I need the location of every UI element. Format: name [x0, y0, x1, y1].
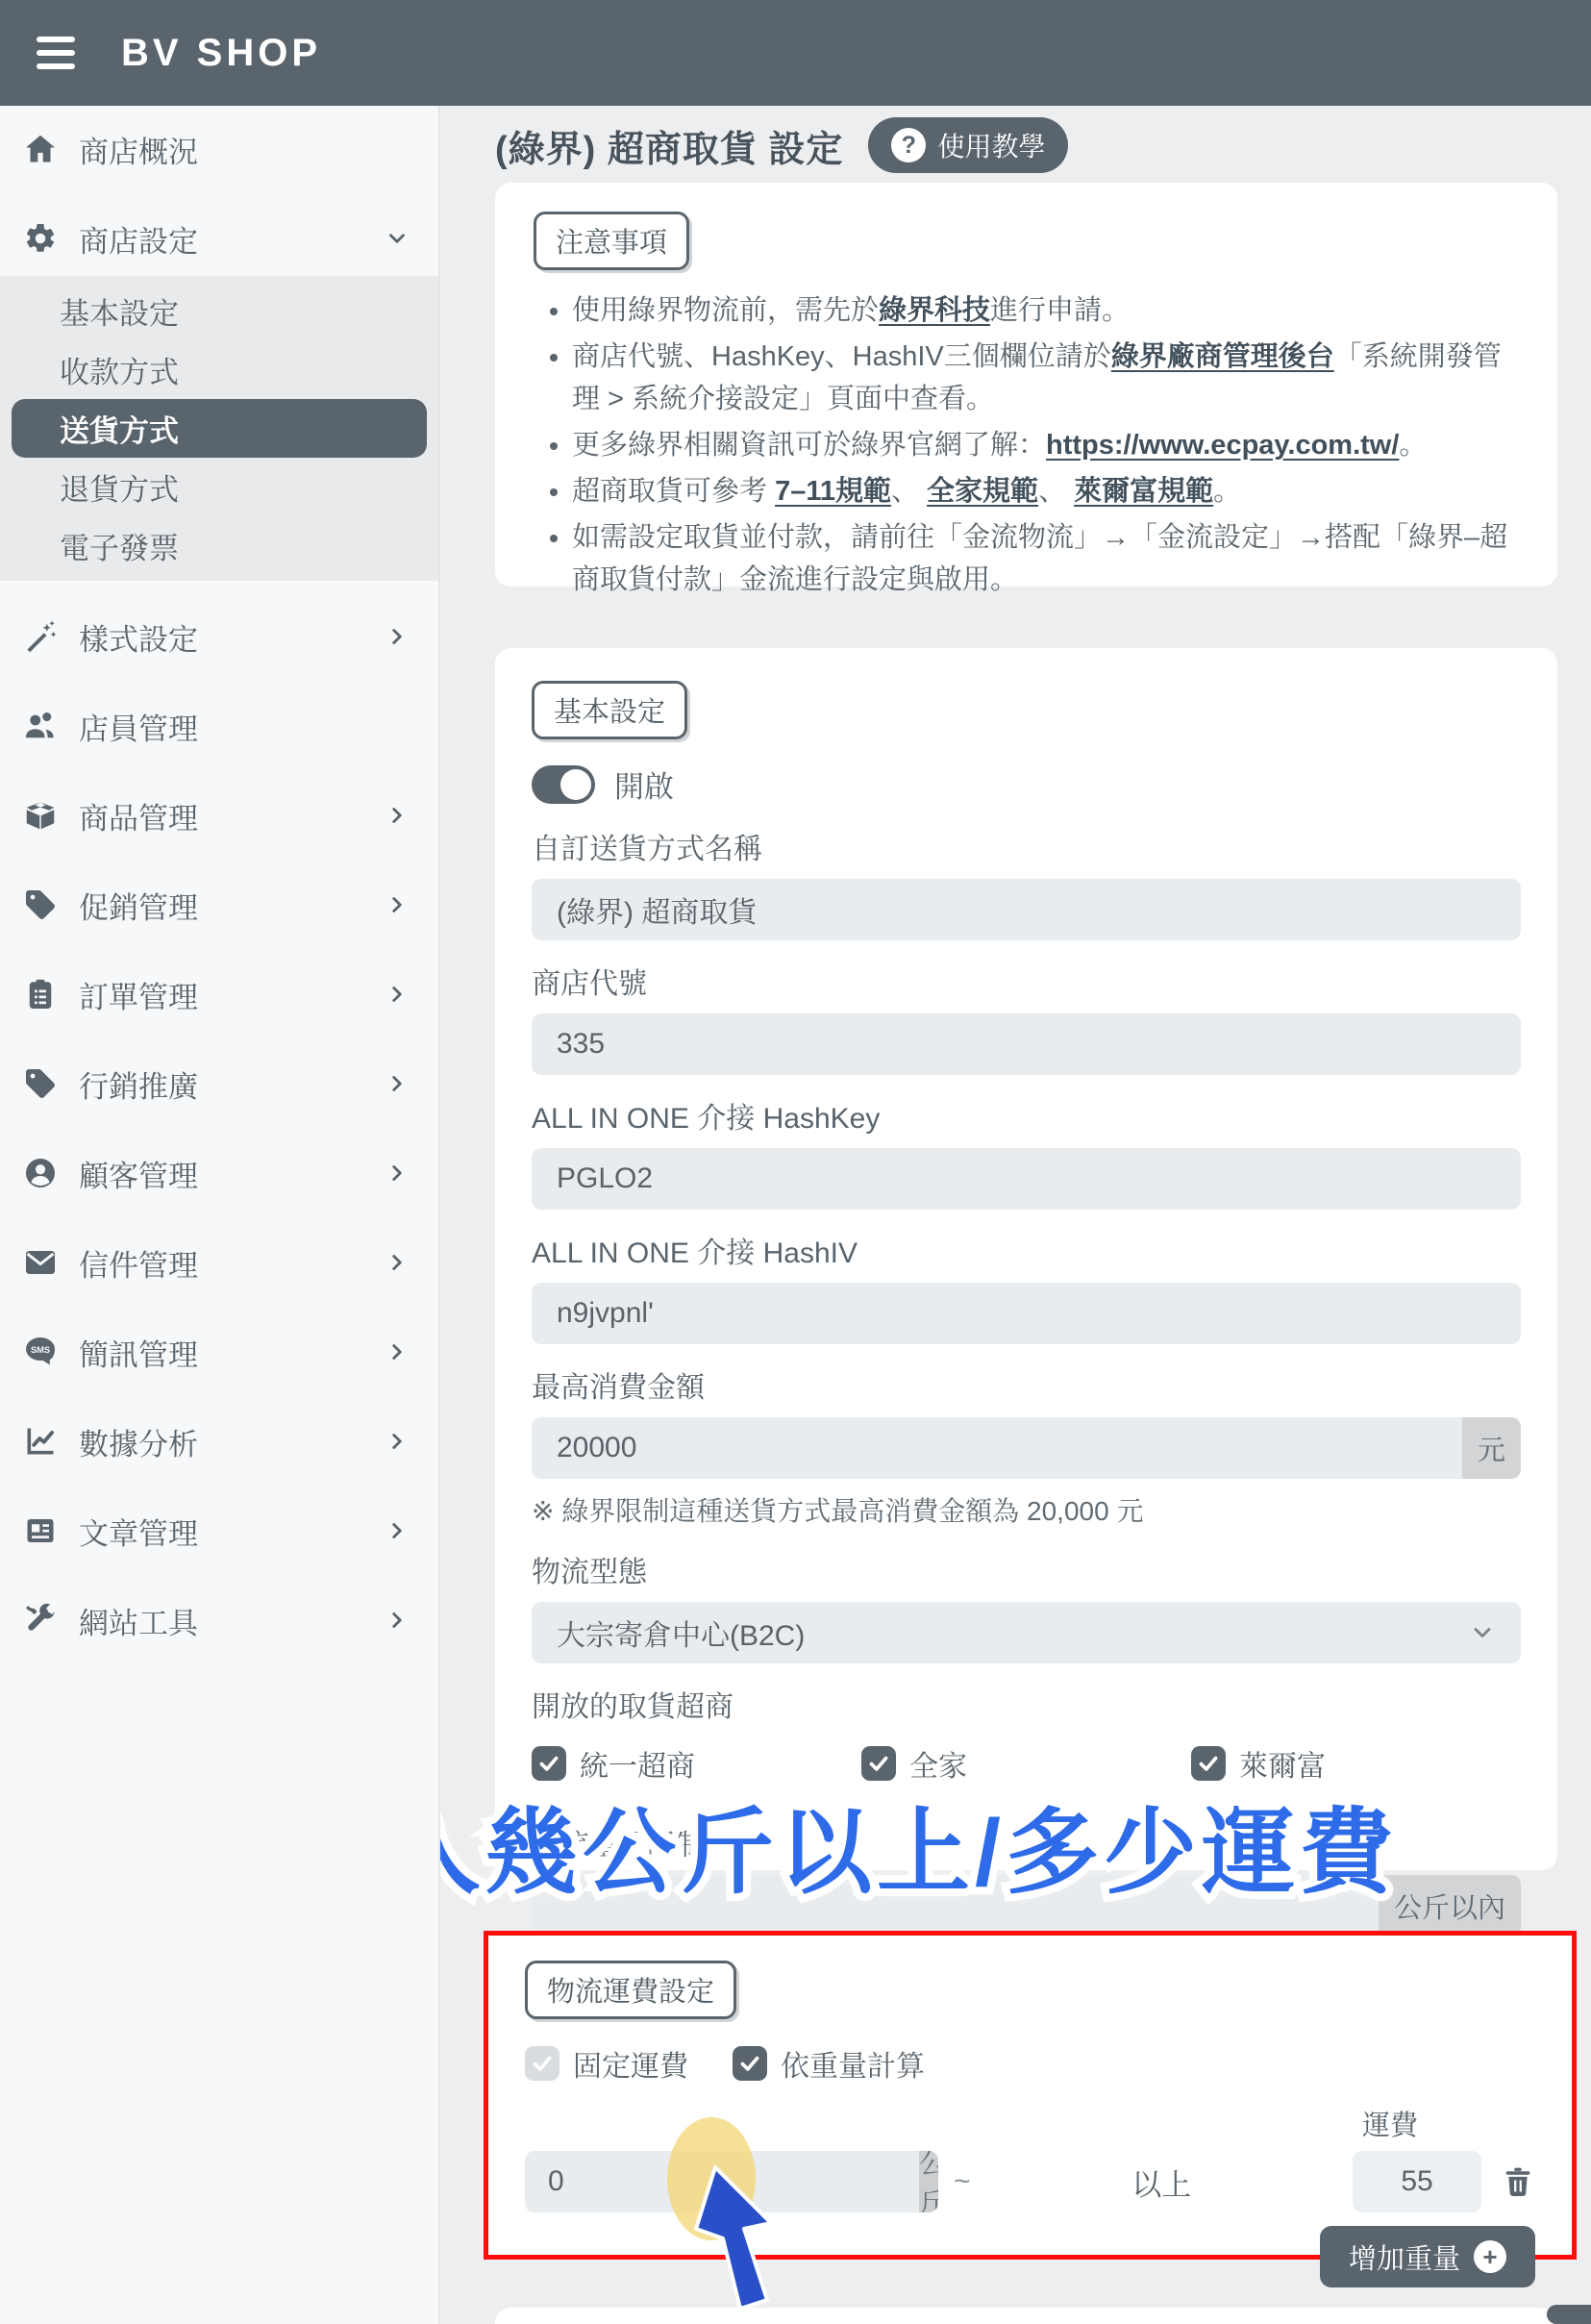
chevron-right-icon — [385, 1161, 410, 1186]
notice-text: 超商取貨可參考 — [572, 476, 775, 507]
checkbox-checked-icon — [532, 1746, 566, 1781]
checkbox-seven-eleven[interactable]: 統一超商 — [532, 1742, 861, 1785]
checkbox-checked-icon — [1191, 1746, 1226, 1781]
svg-text:SMS: SMS — [31, 1345, 50, 1355]
chevron-down-icon — [1469, 1619, 1496, 1646]
fee-column-label: 運費 — [1355, 2104, 1483, 2143]
sidebar-item-promotions[interactable]: 促銷管理 — [0, 871, 438, 938]
sidebar-item-marketing[interactable]: 行銷推廣 — [0, 1050, 438, 1117]
hilife-rules-link[interactable]: 萊爾富規範 — [1074, 476, 1213, 507]
chevron-right-icon — [385, 1339, 410, 1364]
toggle-knob — [560, 769, 591, 800]
checkbox-label: 全家 — [909, 1742, 967, 1785]
seven-eleven-rules-link[interactable]: 7–11規範 — [775, 476, 891, 507]
chart-icon — [23, 1424, 58, 1459]
sidebar-subitem-shipping[interactable]: 送貨方式 — [12, 399, 427, 458]
clipboard-icon — [23, 977, 58, 1012]
chevron-right-icon — [385, 803, 410, 828]
notice-bullet: 更多綠界相關資訊可於綠界官網了解：https://www.ecpay.com.t… — [572, 424, 1519, 466]
notice-bullet: 如需設定取貨並付款，請前往「金流物流」→「金流設定」→搭配「綠界–超商取貨付款」… — [572, 516, 1519, 601]
sidebar-item-site-tools[interactable]: 網站工具 — [0, 1587, 438, 1654]
sidebar-item-articles[interactable]: 文章管理 — [0, 1497, 438, 1564]
checkbox-label: 固定運費 — [573, 2042, 688, 2085]
notice-bullet: 超商取貨可參考 7–11規範、 全家規範、 萊爾富規範。 — [572, 470, 1519, 512]
checkbox-label: 統一超商 — [580, 1742, 695, 1785]
notice-label: 注意事項 — [534, 212, 689, 270]
brand-logo: BV SHOP — [121, 32, 321, 75]
chevron-right-icon — [385, 624, 410, 649]
question-icon: ? — [891, 128, 926, 162]
chevron-right-icon — [385, 1429, 410, 1454]
sidebar-item-label: 商店設定 — [79, 217, 198, 261]
chevron-right-icon — [385, 892, 410, 917]
hashkey-label: ALL IN ONE 介接 HashKey — [532, 1094, 1521, 1137]
next-card-edge — [495, 2308, 1557, 2324]
shipping-name-field-wrap — [532, 879, 1521, 940]
checkbox-checked-icon — [733, 2046, 767, 2081]
weight-limit-unit: 公斤以內 — [1379, 1875, 1521, 1937]
trash-icon[interactable] — [1501, 2164, 1535, 2199]
ecpay-admin-link[interactable]: 綠界廠商管理後台 — [1111, 341, 1334, 372]
wand-icon — [23, 619, 58, 654]
store-settings-submenu: 基本設定 收款方式 送貨方式 退貨方式 電子發票 — [0, 276, 438, 581]
hashiv-field-wrap — [532, 1283, 1521, 1344]
max-amount-note: ※ 綠界限制這種送貨方式最高消費金額為 20,000 元 — [532, 1490, 1521, 1529]
notice-card: 注意事項 使用綠界物流前，需先於綠界科技進行申請。 商店代號、HashKey、H… — [495, 183, 1557, 587]
notice-text: 、 — [1038, 476, 1074, 507]
customer-icon — [23, 1156, 58, 1190]
notice-text: 、 — [891, 476, 927, 507]
notice-list: 使用綠界物流前，需先於綠界科技進行申請。 商店代號、HashKey、HashIV… — [572, 289, 1519, 602]
tools-icon — [23, 1603, 58, 1637]
checkbox-hilife[interactable]: 萊爾富 — [1191, 1742, 1521, 1785]
help-button[interactable]: ? 使用教學 — [868, 117, 1068, 173]
enable-toggle-label: 開啟 — [614, 762, 674, 806]
notice-text: 進行申請。 — [990, 295, 1130, 326]
page-header: (綠界) 超商取貨 設定 ? 使用教學 — [495, 115, 1562, 175]
hashiv-input[interactable] — [532, 1283, 1521, 1344]
merchant-id-field-wrap — [532, 1013, 1521, 1075]
home-icon — [23, 132, 58, 166]
checkbox-label: 萊爾富 — [1239, 1742, 1326, 1785]
add-weight-button[interactable]: 增加重量 + — [1320, 2226, 1535, 2287]
staff-icon — [23, 709, 58, 743]
checkbox-checked-icon — [861, 1746, 896, 1781]
plus-icon: + — [1474, 2240, 1506, 2273]
chevron-right-icon — [385, 1071, 410, 1096]
sidebar-item-label: 顧客管理 — [79, 1152, 198, 1195]
sidebar-subitem-returns[interactable]: 退貨方式 — [0, 458, 438, 516]
max-amount-unit: 元 — [1462, 1417, 1521, 1479]
familymart-rules-link[interactable]: 全家規範 — [927, 476, 1038, 507]
tilde-separator: ~ — [954, 2165, 971, 2198]
ecpay-url-link[interactable]: https://www.ecpay.com.tw/ — [1046, 430, 1399, 461]
page: { "colors": { "topbar": "#5A646C", "acce… — [0, 0, 1591, 2324]
notice-text: 如需設定取貨並付款，請前往「金流物流」→「金流設定」→搭配「綠界–超商取貨付款」… — [572, 522, 1507, 595]
sidebar-item-label: 商店概況 — [79, 128, 198, 171]
checkbox-familymart[interactable]: 全家 — [861, 1742, 1191, 1785]
basic-settings-label: 基本設定 — [532, 681, 687, 739]
notice-text: 。 — [1213, 476, 1241, 507]
merchant-id-input[interactable] — [532, 1013, 1521, 1075]
checkbox-by-weight[interactable]: 依重量計算 — [733, 2042, 925, 2085]
gear-icon — [23, 221, 58, 256]
notice-bullet: 使用綠界物流前，需先於綠界科技進行申請。 — [572, 289, 1519, 332]
chevron-right-icon — [385, 1518, 410, 1543]
sidebar-subitem-payment[interactable]: 收款方式 — [0, 340, 438, 399]
max-amount-label: 最高消費金額 — [532, 1363, 1521, 1406]
tag-icon — [23, 887, 58, 922]
sms-icon: SMS — [23, 1335, 58, 1369]
max-amount-input[interactable] — [532, 1417, 1462, 1479]
sidebar-item-label: 網站工具 — [79, 1599, 198, 1642]
sidebar-item-style-settings[interactable]: 樣式設定 — [0, 603, 438, 670]
logistics-type-value: 大宗寄倉中心(B2C) — [557, 1612, 805, 1654]
sidebar: 商店概況 商店設定 基本設定 收款方式 送貨方式 退貨方式 電子發票 樣式設定 … — [0, 106, 440, 2324]
sidebar-item-label: 店員管理 — [79, 705, 198, 748]
mail-icon — [23, 1245, 58, 1280]
sidebar-item-mail[interactable]: 信件管理 — [0, 1229, 438, 1296]
sidebar-item-sms[interactable]: SMS 簡訊管理 — [0, 1318, 438, 1386]
sidebar-item-label: 簡訊管理 — [79, 1331, 198, 1374]
checkbox-label: 依重量計算 — [781, 2042, 925, 2085]
chevron-right-icon — [385, 982, 410, 1007]
menu-icon[interactable] — [37, 37, 75, 69]
sidebar-item-overview[interactable]: 商店概況 — [0, 115, 438, 183]
sidebar-item-staff[interactable]: 店員管理 — [0, 692, 438, 760]
fee-amount-input[interactable] — [1353, 2151, 1481, 2212]
sidebar-item-label: 樣式設定 — [79, 615, 198, 659]
mouse-cursor-icon — [694, 2165, 790, 2314]
annotation-fill: 輸入幾公斤以上/多少運費 — [288, 1800, 1398, 1905]
fee-settings-label: 物流運費設定 — [525, 1961, 736, 2019]
tags-icon — [23, 1066, 58, 1101]
ecpay-link[interactable]: 綠界科技 — [879, 295, 990, 326]
basic-settings-card: 基本設定 開啟 自訂送貨方式名稱 商店代號 ALL IN ONE 介接 Hash… — [495, 648, 1557, 1870]
sidebar-item-label: 行銷推廣 — [79, 1062, 198, 1106]
chevron-down-icon — [385, 226, 410, 251]
fee-button-row: 增加重量 + — [525, 2226, 1535, 2287]
checkbox-disabled-checked-icon — [525, 2046, 559, 2081]
shipping-name-input[interactable] — [532, 879, 1521, 940]
sidebar-item-label: 商品管理 — [79, 794, 198, 837]
sidebar-item-label: 促銷管理 — [79, 884, 198, 927]
sidebar-item-store-settings[interactable]: 商店設定 — [0, 205, 438, 272]
notice-text: 商店代號、HashKey、HashIV三個欄位請於 — [572, 341, 1111, 372]
hashkey-input[interactable] — [532, 1148, 1521, 1210]
article-icon — [23, 1513, 58, 1548]
chevron-right-icon — [385, 1250, 410, 1275]
help-button-label: 使用教學 — [937, 126, 1045, 164]
chevron-right-icon — [385, 1608, 410, 1633]
page-title: (綠界) 超商取貨 設定 — [495, 119, 843, 172]
above-label: 以上 — [1131, 2161, 1191, 2204]
hashkey-field-wrap — [532, 1148, 1521, 1210]
checkbox-fixed-fee[interactable]: 固定運費 — [525, 2042, 688, 2085]
box-icon — [23, 798, 58, 833]
sidebar-subitem-invoice[interactable]: 電子發票 — [0, 516, 438, 575]
weight-from-unit: 公斤 — [919, 2151, 938, 2212]
notice-bullet: 商店代號、HashKey、HashIV三個欄位請於綠界廠商管理後台「系統開發管理… — [572, 336, 1519, 420]
sidebar-item-customers[interactable]: 顧客管理 — [0, 1139, 438, 1207]
stores-label: 開放的取貨超商 — [532, 1683, 1521, 1725]
red-highlight-box: 物流運費設定 固定運費 依重量計算 運費 公斤 ~ 以上 增加重量 + — [484, 1931, 1577, 2260]
max-amount-field-wrap: 元 — [532, 1417, 1521, 1479]
notice-text: 。 — [1399, 430, 1427, 461]
fee-checkbox-row: 固定運費 依重量計算 — [525, 2042, 1535, 2085]
logistics-type-select[interactable]: 大宗寄倉中心(B2C) — [532, 1602, 1521, 1663]
sidebar-item-label: 數據分析 — [79, 1420, 198, 1463]
sidebar-item-products[interactable]: 商品管理 — [0, 782, 438, 849]
fee-column-header-row: 運費 — [525, 2104, 1535, 2143]
enable-toggle[interactable] — [532, 765, 595, 804]
notice-text: 使用綠界物流前，需先於 — [572, 295, 879, 326]
save-button-partial[interactable] — [1547, 2305, 1591, 2324]
sidebar-subitem-basic[interactable]: 基本設定 — [0, 282, 438, 340]
hashiv-label: ALL IN ONE 介接 HashIV — [532, 1229, 1521, 1271]
sidebar-item-analytics[interactable]: 數據分析 — [0, 1408, 438, 1475]
sidebar-item-orders[interactable]: 訂單管理 — [0, 961, 438, 1028]
topbar: BV SHOP — [0, 0, 1591, 106]
annotation-text: 輸入幾公斤以上/多少運費 輸入幾公斤以上/多少運費 — [288, 1794, 1398, 1911]
sidebar-item-label: 訂單管理 — [79, 973, 198, 1016]
notice-text: 更多綠界相關資訊可於綠界官網了解： — [572, 430, 1046, 461]
sidebar-item-label: 信件管理 — [79, 1241, 198, 1285]
stores-checkbox-row: 統一超商 全家 萊爾富 — [532, 1742, 1521, 1785]
add-weight-button-label: 增加重量 — [1349, 2237, 1460, 2277]
merchant-id-label: 商店代號 — [532, 960, 1521, 1002]
enable-row: 開啟 — [532, 762, 1521, 806]
shipping-name-label: 自訂送貨方式名稱 — [532, 825, 1521, 867]
sidebar-item-label: 文章管理 — [79, 1510, 198, 1553]
logistics-type-label: 物流型態 — [532, 1548, 1521, 1590]
